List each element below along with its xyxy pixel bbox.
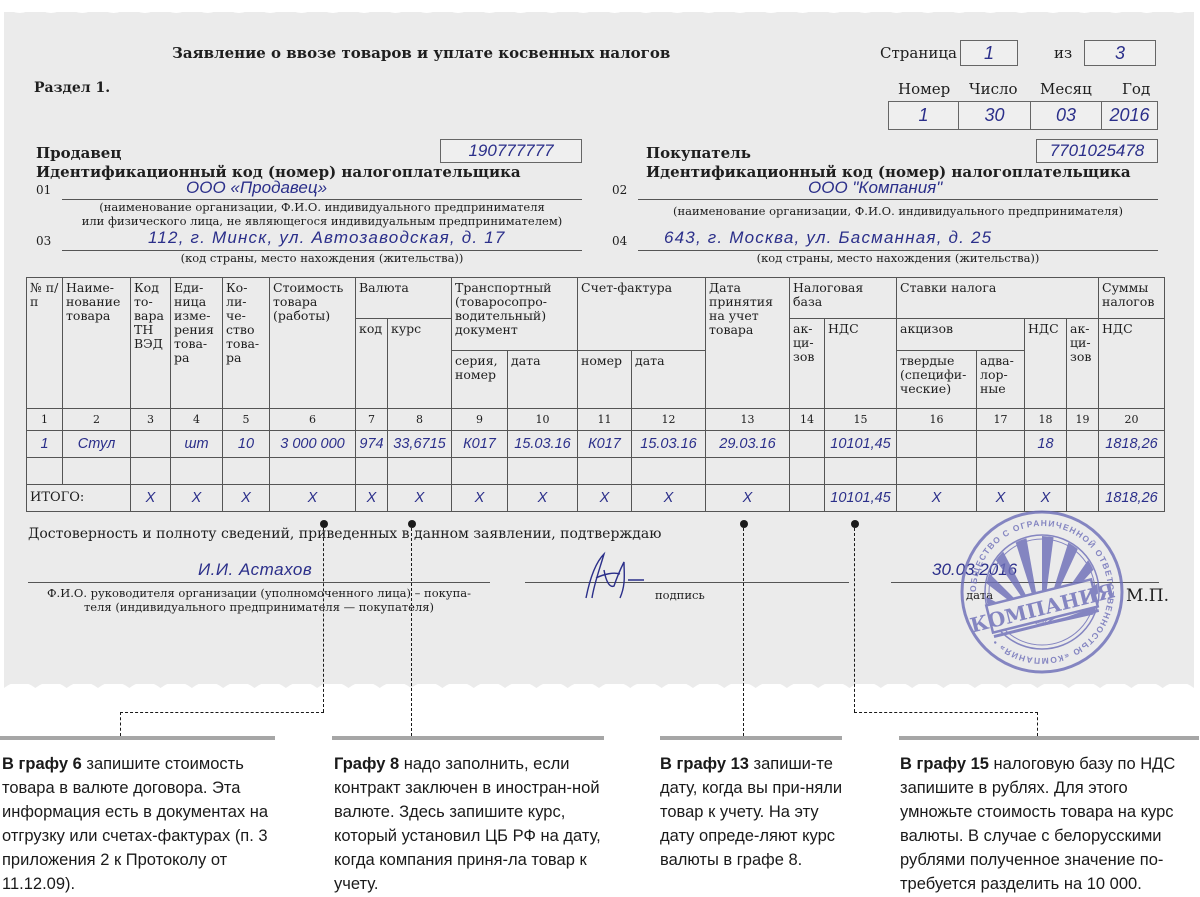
buyer-name-hint: (наименование организации, Ф.И.О. индиви… bbox=[638, 204, 1158, 218]
table-cell[interactable]: 1 bbox=[27, 431, 63, 458]
table-cell[interactable]: Стул bbox=[63, 431, 131, 458]
column-number: 1 bbox=[27, 409, 63, 431]
note-rule-1 bbox=[0, 736, 275, 740]
table-cell[interactable] bbox=[897, 431, 977, 458]
table-cell[interactable]: 3 000 000 bbox=[270, 431, 356, 458]
column-number: 18 bbox=[1025, 409, 1067, 431]
table-cell[interactable] bbox=[270, 458, 356, 485]
note-col8: Графу 8 надо заполнить, если контракт за… bbox=[334, 752, 606, 896]
section-label: Раздел 1. bbox=[34, 80, 110, 96]
callout-line-col15 bbox=[854, 528, 855, 712]
column-number: 7 bbox=[356, 409, 388, 431]
column-number: 19 bbox=[1067, 409, 1099, 431]
total-cell[interactable]: X bbox=[388, 485, 452, 512]
col-header-tax-base: Налоговая база bbox=[790, 278, 897, 319]
goods-table: № п/п Наиме- нование товара Код то- вара… bbox=[26, 277, 1165, 512]
doc-year-field[interactable]: 2016 bbox=[1101, 101, 1158, 130]
column-number: 14 bbox=[790, 409, 825, 431]
seller-code-01: 01 bbox=[36, 183, 51, 197]
note-col6: В графу 6 запишите стоимость товара в ва… bbox=[2, 752, 280, 896]
col-header-unit: Еди- ница изме- рения това- ра bbox=[171, 278, 223, 409]
column-number: 16 bbox=[897, 409, 977, 431]
column-number: 3 bbox=[131, 409, 171, 431]
total-cell[interactable]: X bbox=[452, 485, 508, 512]
note-col15-text: налоговую базу по НДС запишите в рублях.… bbox=[900, 755, 1175, 893]
col-header-tax-sums: Суммы налогов bbox=[1099, 278, 1165, 319]
column-number: 11 bbox=[578, 409, 632, 431]
doc-day-field[interactable]: 30 bbox=[958, 101, 1031, 130]
table-cell[interactable] bbox=[825, 458, 897, 485]
note-col15-heading: В графу 15 bbox=[900, 755, 989, 773]
note-col8-heading: Графу 8 bbox=[334, 755, 399, 773]
number-label: Номер bbox=[898, 80, 950, 98]
buyer-address-value[interactable]: 643, г. Москва, ул. Басманная, д. 25 bbox=[664, 228, 992, 248]
company-stamp: ОБЩЕСТВО С ОГРАНИЧЕННОЙ ОТВЕТСТВЕННОСТЬЮ… bbox=[958, 508, 1126, 676]
col-header-rate-fixed: твердые (специфи- ческие) bbox=[897, 351, 977, 409]
table-cell[interactable] bbox=[388, 458, 452, 485]
buyer-code-02: 02 bbox=[612, 183, 627, 197]
col-header-currency-rate: курс bbox=[388, 319, 452, 409]
total-cell[interactable]: X bbox=[508, 485, 578, 512]
column-number: 20 bbox=[1099, 409, 1165, 431]
paper-bottom-edge bbox=[4, 684, 1194, 698]
month-label: Месяц bbox=[1040, 80, 1092, 98]
table-cell[interactable] bbox=[977, 431, 1025, 458]
col-header-sum-excise: ак- ци- зов bbox=[1067, 319, 1099, 409]
table-row bbox=[27, 458, 1165, 485]
callout-line-col6-end bbox=[120, 712, 121, 736]
column-number: 10 bbox=[508, 409, 578, 431]
table-cell[interactable] bbox=[632, 458, 706, 485]
column-number-row: 1234567891011121314151617181920 bbox=[27, 409, 1165, 431]
buyer-heading: Покупатель bbox=[646, 144, 751, 162]
table-cell[interactable]: 10 bbox=[223, 431, 270, 458]
column-number: 5 bbox=[223, 409, 270, 431]
total-cell[interactable]: X bbox=[131, 485, 171, 512]
of-label: из bbox=[1054, 44, 1072, 62]
col-header-invoice: Счет-фактура bbox=[578, 278, 706, 351]
col-header-tnved: Код то- вара ТН ВЭД bbox=[131, 278, 171, 409]
day-label: Число bbox=[969, 80, 1018, 98]
column-number: 2 bbox=[63, 409, 131, 431]
note-rule-3 bbox=[660, 736, 842, 740]
doc-month-field[interactable]: 03 bbox=[1030, 101, 1102, 130]
table-cell[interactable]: 18 bbox=[1025, 431, 1067, 458]
table-cell[interactable]: 15.03.16 bbox=[632, 431, 706, 458]
note-col15: В графу 15 налоговую базу по НДС запишит… bbox=[900, 752, 1200, 896]
callout-dot-col6 bbox=[320, 520, 328, 528]
total-cell[interactable]: X bbox=[171, 485, 223, 512]
signer-hint: Ф.И.О. руководителя организации (уполном… bbox=[28, 586, 490, 614]
note-col13: В графу 13 запиши-те дату, когда вы при-… bbox=[660, 752, 846, 872]
column-number: 13 bbox=[706, 409, 790, 431]
table-cell[interactable] bbox=[452, 458, 508, 485]
table-cell[interactable]: 29.03.16 bbox=[706, 431, 790, 458]
callout-dot-col8 bbox=[408, 520, 416, 528]
callout-dot-col13 bbox=[740, 520, 748, 528]
table-cell[interactable] bbox=[897, 458, 977, 485]
buyer-name-value[interactable]: ООО "Компания" bbox=[808, 178, 942, 198]
note-col6-heading: В графу 6 bbox=[2, 755, 82, 773]
table-cell[interactable]: 33,6715 bbox=[388, 431, 452, 458]
confirmation-text: Достоверность и полноту сведений, привед… bbox=[28, 526, 661, 542]
table-cell[interactable] bbox=[356, 458, 388, 485]
seller-inn-field[interactable]: 190777777 bbox=[440, 139, 582, 163]
table-cell[interactable] bbox=[508, 458, 578, 485]
seller-heading: Продавец bbox=[36, 144, 121, 162]
note-col13-heading: В графу 13 bbox=[660, 755, 749, 773]
col-header-rate-vat: НДС bbox=[1025, 319, 1067, 409]
table-cell[interactable] bbox=[790, 458, 825, 485]
col-header-invoice-date: дата bbox=[632, 351, 706, 409]
col-header-tax-rates: Ставки налога bbox=[897, 278, 1099, 319]
column-number: 6 bbox=[270, 409, 356, 431]
table-cell[interactable]: шт bbox=[171, 431, 223, 458]
table-cell[interactable] bbox=[977, 458, 1025, 485]
col-header-currency: Валюта bbox=[356, 278, 452, 319]
total-cell[interactable]: X bbox=[706, 485, 790, 512]
callout-line-col6 bbox=[323, 528, 324, 712]
table-cell[interactable] bbox=[27, 458, 63, 485]
table-cell[interactable] bbox=[1067, 458, 1099, 485]
total-cell[interactable]: X bbox=[356, 485, 388, 512]
col-header-qty: Ко- ли- че- ство това- ра bbox=[223, 278, 270, 409]
total-cell[interactable]: X bbox=[270, 485, 356, 512]
table-cell[interactable]: 10101,45 bbox=[825, 431, 897, 458]
signature-scribble[interactable] bbox=[574, 548, 654, 604]
col-header-rate-excise: акцизов bbox=[897, 319, 1025, 351]
note-col6-text: запишите стоимость товара в валюте догов… bbox=[2, 755, 268, 893]
table-cell[interactable] bbox=[1099, 458, 1165, 485]
table-cell[interactable]: 1818,26 bbox=[1099, 431, 1165, 458]
col-header-transport-doc: Транспортный (товаросопро- водительный) … bbox=[452, 278, 578, 351]
col-header-name: Наиме- нование товара bbox=[63, 278, 131, 409]
page-number-field[interactable]: 1 bbox=[960, 40, 1018, 66]
total-label: ИТОГО: bbox=[27, 485, 131, 512]
table-cell[interactable] bbox=[790, 431, 825, 458]
col-header-currency-code: код bbox=[356, 319, 388, 409]
buyer-code-04: 04 bbox=[612, 234, 627, 248]
col-header-cost: Стоимость товара (работы) bbox=[270, 278, 356, 409]
column-number: 9 bbox=[452, 409, 508, 431]
table-cell[interactable]: 974 bbox=[356, 431, 388, 458]
callout-line-col13 bbox=[743, 528, 744, 736]
total-cell[interactable]: X bbox=[632, 485, 706, 512]
signature-label: подпись bbox=[655, 588, 705, 602]
note-rule-2 bbox=[332, 736, 604, 740]
stamp-place-label: М.П. bbox=[1126, 586, 1169, 606]
table-cell[interactable] bbox=[1025, 458, 1067, 485]
seller-name-value[interactable]: ООО «Продавец» bbox=[186, 178, 327, 198]
seller-code-03: 03 bbox=[36, 234, 51, 248]
total-cell[interactable]: X bbox=[223, 485, 270, 512]
callout-dot-col15 bbox=[851, 520, 859, 528]
table-cell[interactable] bbox=[63, 458, 131, 485]
col-header-tax-base-vat: НДС bbox=[825, 319, 897, 409]
callout-line-col6-h bbox=[120, 712, 324, 713]
table-cell[interactable]: К017 bbox=[578, 431, 632, 458]
year-label: Год bbox=[1122, 80, 1150, 98]
paper-top-edge bbox=[4, 4, 1194, 18]
buyer-inn-field[interactable]: 7701025478 bbox=[1036, 139, 1158, 163]
col-header-accept-date: Дата принятия на учет товара bbox=[706, 278, 790, 409]
total-cell[interactable] bbox=[790, 485, 825, 512]
table-cell[interactable] bbox=[1067, 431, 1099, 458]
seller-address-hint: (код страны, место нахождения (жительств… bbox=[62, 251, 582, 265]
col-header-transport-date: дата bbox=[508, 351, 578, 409]
column-number: 4 bbox=[171, 409, 223, 431]
note-rule-4 bbox=[899, 736, 1199, 740]
column-number: 8 bbox=[388, 409, 452, 431]
col-header-tax-base-excise: ак- ци- зов bbox=[790, 319, 825, 409]
seller-address-value[interactable]: 112, г. Минск, ул. Автозаводская, д. 17 bbox=[148, 228, 506, 248]
seller-name-hint: (наименование организации, Ф.И.О. индиви… bbox=[62, 200, 582, 228]
col-header-invoice-number: номер bbox=[578, 351, 632, 409]
callout-line-col15-end bbox=[1037, 712, 1038, 736]
col-header-transport-series: серия, номер bbox=[452, 351, 508, 409]
table-cell[interactable]: К017 bbox=[452, 431, 508, 458]
callout-line-col8 bbox=[411, 528, 412, 736]
doc-number-field[interactable]: 1 bbox=[888, 101, 959, 130]
table-cell[interactable] bbox=[171, 458, 223, 485]
table-cell[interactable] bbox=[223, 458, 270, 485]
page-label: Страница bbox=[880, 44, 957, 62]
total-pages-field[interactable]: 3 bbox=[1084, 40, 1156, 66]
column-number: 15 bbox=[825, 409, 897, 431]
column-number: 17 bbox=[977, 409, 1025, 431]
note-col8-text: надо заполнить, если контракт заключен в… bbox=[334, 755, 601, 893]
table-cell[interactable] bbox=[131, 458, 171, 485]
table-cell[interactable] bbox=[131, 431, 171, 458]
table-cell[interactable] bbox=[706, 458, 790, 485]
signer-name-value[interactable]: И.И. Астахов bbox=[198, 560, 312, 580]
total-cell[interactable]: X bbox=[578, 485, 632, 512]
table-row: 1Стулшт103 000 00097433,6715К01715.03.16… bbox=[27, 431, 1165, 458]
total-cell[interactable]: 10101,45 bbox=[825, 485, 897, 512]
col-header-rate-advalorem: адва- лор- ные bbox=[977, 351, 1025, 409]
form-title: Заявление о ввозе товаров и уплате косве… bbox=[172, 44, 670, 62]
col-header-no: № п/п bbox=[27, 278, 63, 409]
callout-line-col15-h bbox=[854, 712, 1038, 713]
buyer-address-hint: (код страны, место нахождения (жительств… bbox=[638, 251, 1158, 265]
table-cell[interactable] bbox=[578, 458, 632, 485]
column-number: 12 bbox=[632, 409, 706, 431]
table-cell[interactable]: 15.03.16 bbox=[508, 431, 578, 458]
col-header-sum-vat: НДС bbox=[1099, 319, 1165, 409]
